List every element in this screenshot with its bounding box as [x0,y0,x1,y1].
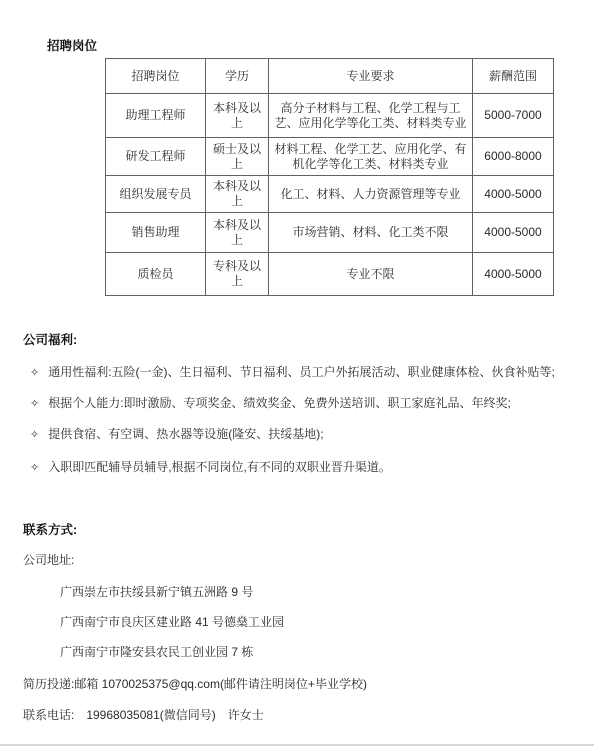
page-bottom-divider [0,744,594,746]
cell-position: 研发工程师 [106,138,206,176]
contact-phone-line: 联系电话: 19968035081(微信同号) 许女士 [23,706,264,723]
cell-major: 化工、材料、人力资源管理等专业 [269,176,473,213]
cell-education: 本科及以上 [206,176,269,213]
benefit-text: 通用性福利:五险(一金)、生日福利、节日福利、员工户外拓展活动、职业健康体检、伙… [48,365,555,380]
cell-education: 专科及以上 [206,253,269,296]
cell-salary: 5000-7000 [473,94,554,138]
cell-major: 材料工程、化学工艺、应用化学、有机化学等化工类、材料类专业 [269,138,473,176]
cell-education: 硕士及以上 [206,138,269,176]
diamond-bullet-icon: ✧ [30,461,39,476]
address-line: 广西南宁市良庆区建业路 41 号德燊工业园 [60,613,284,630]
header-major: 专业要求 [269,59,473,94]
benefit-item: ✧ 入职即匹配辅导员辅导,根据不同岗位,有不同的双职业晋升渠道。 [30,460,391,475]
benefit-item: ✧ 根据个人能力:即时激励、专项奖金、绩效奖金、免费外送培训、职工家庭礼品、年终… [30,396,511,411]
cell-major: 市场营销、材料、化工类不限 [269,213,473,253]
header-salary: 薪酬范围 [473,59,554,94]
cell-position: 组织发展专员 [106,176,206,213]
cell-position: 助理工程师 [106,94,206,138]
table-row: 助理工程师 本科及以上 高分子材料与工程、化学工程与工艺、应用化学等化工类、材料… [106,94,554,138]
cell-major: 专业不限 [269,253,473,296]
benefit-item: ✧ 提供食宿、有空调、热水器等设施(隆安、扶绥基地); [30,427,324,442]
table-header-row: 招聘岗位 学历 专业要求 薪酬范围 [106,59,554,94]
diamond-bullet-icon: ✧ [30,397,39,412]
resume-email-line: 简历投递:邮箱 1070025375@qq.com(邮件请注明岗位+毕业学校) [23,675,367,692]
positions-table: 招聘岗位 学历 专业要求 薪酬范围 助理工程师 本科及以上 高分子材料与工程、化… [105,58,554,296]
benefit-text: 提供食宿、有空调、热水器等设施(隆安、扶绥基地); [48,427,323,442]
benefit-item: ✧ 通用性福利:五险(一金)、生日福利、节日福利、员工户外拓展活动、职业健康体检… [30,365,555,380]
cell-education: 本科及以上 [206,94,269,138]
cell-salary: 4000-5000 [473,253,554,296]
company-address-label: 公司地址: [23,551,74,568]
diamond-bullet-icon: ✧ [30,366,39,381]
cell-major: 高分子材料与工程、化学工程与工艺、应用化学等化工类、材料类专业 [269,94,473,138]
cell-salary: 6000-8000 [473,138,554,176]
header-education: 学历 [206,59,269,94]
cell-position: 质检员 [106,253,206,296]
section-title-benefits: 公司福利: [23,330,77,348]
cell-salary: 4000-5000 [473,176,554,213]
header-position: 招聘岗位 [106,59,206,94]
cell-position: 销售助理 [106,213,206,253]
recruitment-document: 招聘岗位 招聘岗位 学历 专业要求 薪酬范围 助理工程师 本科及以上 高分子材料… [0,0,594,750]
diamond-bullet-icon: ✧ [30,428,39,443]
section-title-recruitment: 招聘岗位 [47,36,97,54]
address-line: 广西崇左市扶绥县新宁镇五洲路 9 号 [60,583,253,600]
address-line: 广西南宁市隆安县农民工创业园 7 栋 [60,643,253,660]
cell-salary: 4000-5000 [473,213,554,253]
table-row: 研发工程师 硕士及以上 材料工程、化学工艺、应用化学、有机化学等化工类、材料类专… [106,138,554,176]
section-title-contact: 联系方式: [23,520,77,538]
table-row: 组织发展专员 本科及以上 化工、材料、人力资源管理等专业 4000-5000 [106,176,554,213]
table-row: 销售助理 本科及以上 市场营销、材料、化工类不限 4000-5000 [106,213,554,253]
table-row: 质检员 专科及以上 专业不限 4000-5000 [106,253,554,296]
cell-education: 本科及以上 [206,213,269,253]
benefit-text: 根据个人能力:即时激励、专项奖金、绩效奖金、免费外送培训、职工家庭礼品、年终奖; [48,396,511,411]
benefit-text: 入职即匹配辅导员辅导,根据不同岗位,有不同的双职业晋升渠道。 [48,460,391,475]
